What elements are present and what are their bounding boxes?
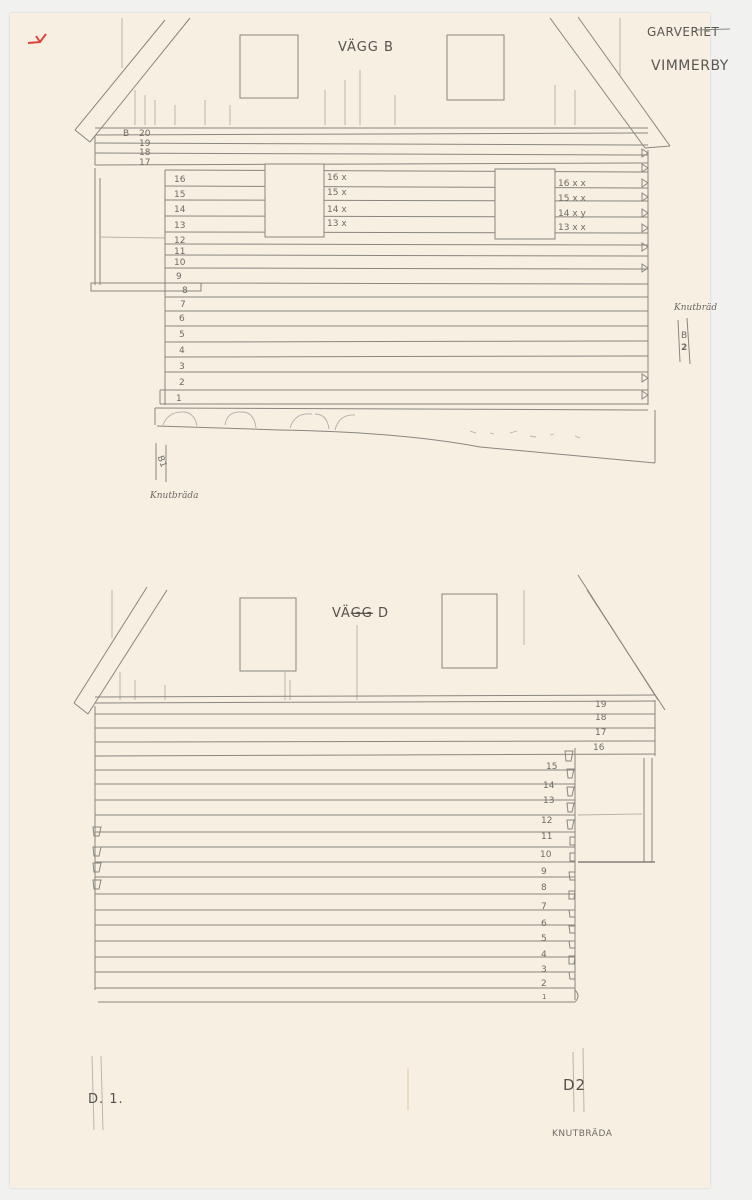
wall-b-prefix: B [123,129,129,139]
course-label: 11 [541,832,552,842]
course-label: 8 [182,286,188,296]
corner-board-d1: D. 1. [88,1056,124,1130]
course-label: 5 [541,934,547,944]
course-label: 15 [546,762,557,772]
window-2-mark: 14 x y [558,209,587,219]
course-label: 15 [174,190,185,200]
corner-board-d2: D2 KNUTBRÄDA [552,1048,613,1139]
corner-board-b2-caption: Knutbräd [673,303,717,313]
wall-b-label: VÄGG B [338,39,394,55]
course-label: 7 [180,300,186,310]
course-label: 4 [541,950,547,960]
course-label: 6 [541,919,547,929]
title-line-1: GARVERIET [647,25,719,39]
corner-board-d2-caption: KNUTBRÄDA [552,1128,613,1139]
course-label: 12 [541,816,552,826]
course-label: 1 [542,993,546,1001]
course-label: 13 [174,221,185,231]
course-label: 19 [595,700,607,710]
wall-d-label: VÄGG D [332,605,389,621]
course-label: 1 [176,394,182,404]
course-label: 8 [541,883,547,893]
corner-board-b1: B1 Knutbräda [149,443,199,501]
course-label: 2 [179,378,185,388]
course-label: 14 [174,205,186,215]
course-label: 18 [139,148,151,158]
course-label: 9 [176,272,182,282]
wall-d-elevation: 19 18 17 16 15 14 13 12 11 10 9 8 7 6 5 … [74,575,665,1139]
window-1-mark: 16 x [327,173,347,183]
window-2-mark: 16 x x [558,179,587,189]
course-label: 10 [174,258,186,268]
dovetail-notch-icon [93,827,101,889]
red-check-mark-icon [28,34,46,43]
dovetail-notch-icon [642,149,648,399]
corner-board-d2-label: D2 [563,1076,586,1094]
course-label: 18 [595,713,607,723]
course-label: 9 [541,867,547,877]
course-label: 20 [139,129,151,139]
title-line-2: VIMMERBY [651,58,729,74]
course-label: 6 [179,314,185,324]
course-label: 17 [595,728,606,738]
course-label: 14 [543,781,555,791]
course-label: 16 [174,175,186,185]
wall-b-elevation: B 20 19 18 17 [75,17,717,501]
course-label: 16 [593,743,605,753]
corner-board-b2-letter: B [681,331,687,341]
course-label: 3 [179,362,185,372]
window-2-mark: 15 x x [558,194,587,204]
course-label: 5 [179,330,185,340]
course-label: 10 [540,850,552,860]
window-1-mark: 15 x [327,188,347,198]
window-1-mark: 14 x [327,205,347,215]
corner-board-d1-label: D. 1. [88,1092,124,1107]
window-2-mark: 13 x x [558,223,587,233]
course-label: 7 [541,902,547,912]
corner-board-b2: Knutbräd B 2 [673,303,717,364]
course-label: 17 [139,158,150,168]
course-label: 3 [541,965,547,975]
corner-board-b2-number: 2 [681,343,687,353]
corner-board-b1-caption: Knutbräda [149,491,199,501]
course-label: 13 [543,796,554,806]
course-label: 11 [174,247,185,257]
course-label: 2 [541,979,547,989]
course-label: 4 [179,346,185,356]
dovetail-notch-icon [565,751,575,979]
elevation-drawing: GARVERIET VIMMERBY B 20 [0,0,752,1200]
window-1-mark: 13 x [327,219,347,229]
course-label: 12 [174,236,185,246]
